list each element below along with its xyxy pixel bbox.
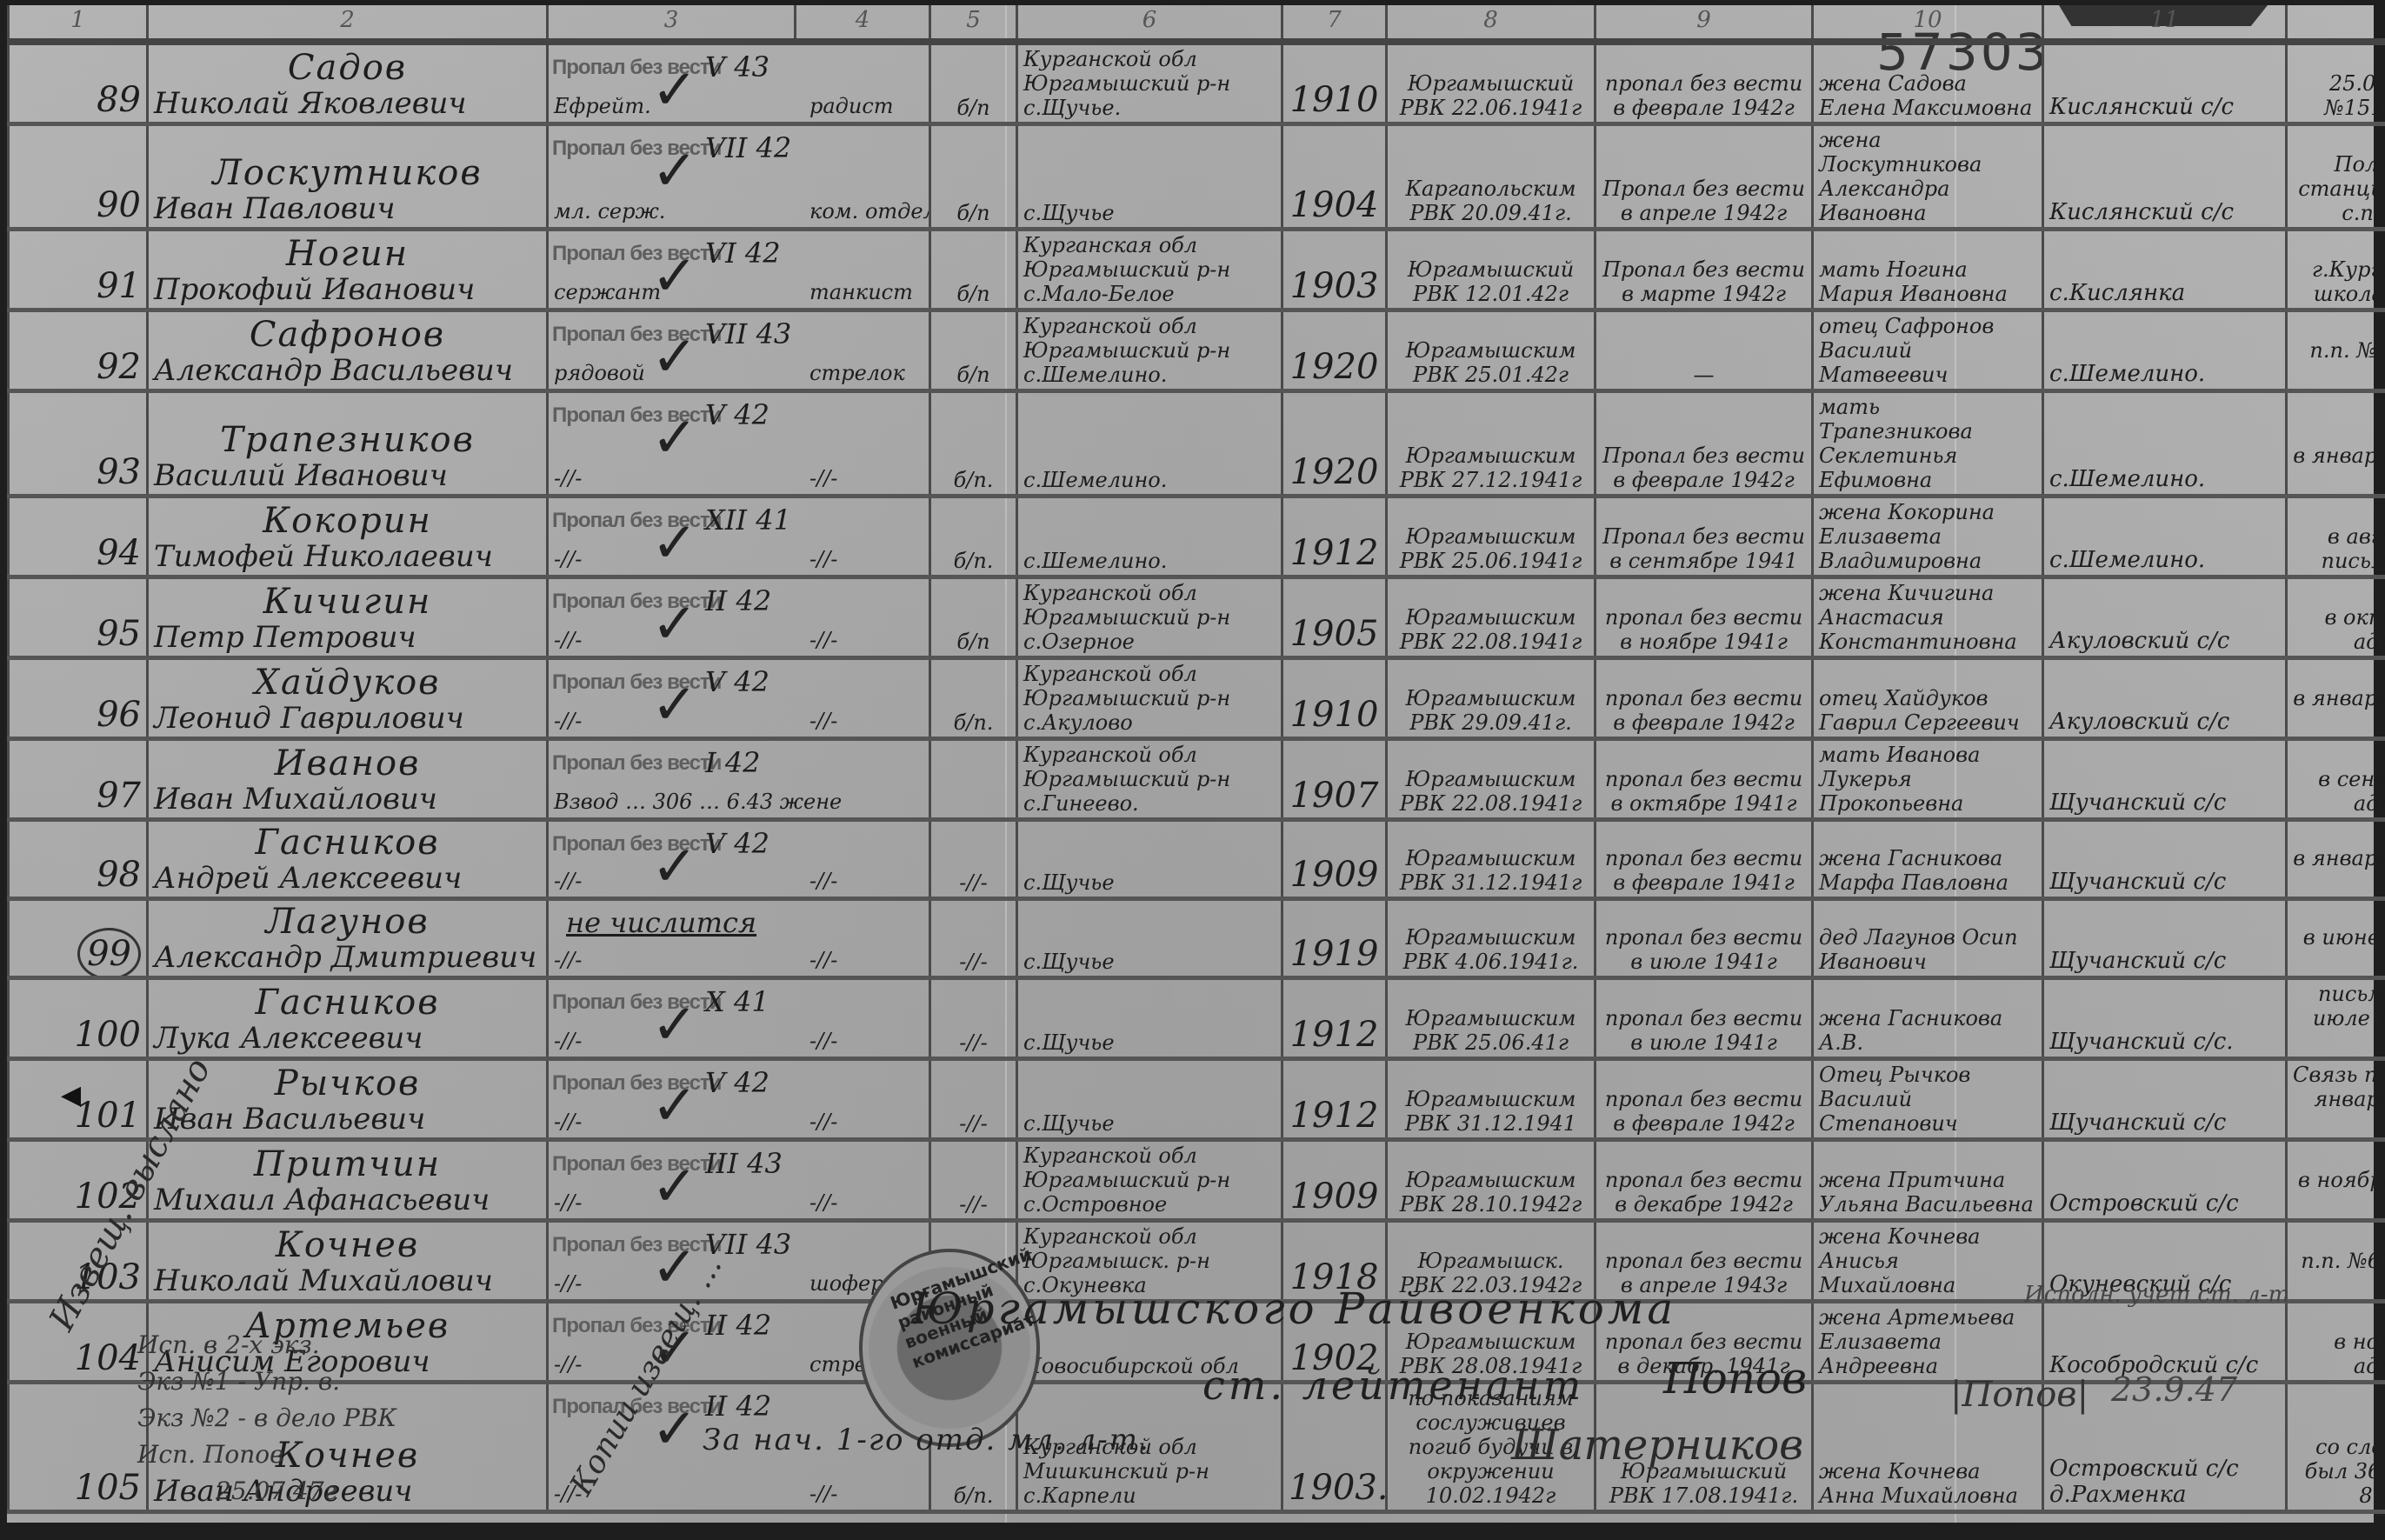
given-name: Тимофей Николаевич: [154, 540, 541, 573]
next-of-kin: мать Ногина Мария Ивановна: [1813, 230, 2043, 310]
position: -//-: [809, 948, 837, 972]
party-status: б/п: [930, 310, 1017, 391]
birthplace: с.Щучье: [1017, 820, 1282, 899]
fate: Пропал без вести в марте 1942г: [1596, 230, 1813, 310]
surname: Кичигин: [154, 583, 541, 621]
birthplace: Курганской обл Юргамышский р-н с.Островн…: [1017, 1140, 1282, 1221]
status-cell: не числится-//--//-: [548, 899, 930, 978]
col-header: 6: [1017, 5, 1282, 42]
full-name: ГасниковАндрей Алексеевич: [148, 820, 548, 899]
executor-line: Исп. в 2-х экз.: [137, 1327, 396, 1363]
enlisted-by: Юргамышским РВК 25.01.42г: [1387, 310, 1596, 391]
position: стрелок: [809, 361, 905, 385]
missing-stamp: Пропал без вести: [552, 751, 721, 776]
last-contact-notes: в октябре 1941г адреса нет: [2287, 577, 2385, 658]
last-contact-notes: в январе 1942г адреса нет: [2287, 658, 2385, 739]
surname: Лагунов: [154, 903, 541, 941]
table-row: 91НогинПрокофий ИвановичПропал без вести…: [9, 230, 2385, 310]
missing-date: VII 42: [705, 131, 791, 164]
fate: —: [1596, 310, 1813, 391]
birthplace: Курганской обл Юргамышский р-н с.Шемелин…: [1017, 310, 1282, 391]
rank: -//-: [554, 1352, 582, 1377]
next-of-kin: жена Кокорина Елизавета Владимировна: [1813, 497, 2043, 577]
resolution-note: Исполн. учет ст. л-т: [2024, 1279, 2289, 1310]
village-council: Щучанский с/с: [2043, 1059, 2287, 1140]
entry-number: 93: [9, 391, 148, 497]
table-row: 102ПритчинМихаил АфанасьевичПропал без в…: [9, 1140, 2385, 1221]
village-council: Кислянский с/с: [2043, 42, 2287, 124]
entry-number: 98: [9, 820, 148, 899]
surname: Кокорин: [154, 502, 541, 540]
surname: Притчин: [154, 1145, 541, 1183]
entry-number-text: 99: [77, 928, 141, 978]
office-title: Юргамышского Райвоенкома: [911, 1283, 1676, 1334]
executor-line: Экз №1 - Упр. в.: [137, 1363, 396, 1400]
full-name: ТрапезниковВасилий Иванович: [148, 391, 548, 497]
surname: Гасников: [154, 983, 541, 1022]
village-council: Щучанский с/с: [2043, 820, 2287, 899]
rank: -//-: [554, 1029, 582, 1053]
table-row: 92СафроновАлександр ВасильевичПропал без…: [9, 310, 2385, 391]
fate: пропал без вести в октябре 1941г: [1596, 739, 1813, 820]
entry-number-text: 93: [97, 452, 141, 492]
entry-number: 99: [9, 899, 148, 978]
birthplace: с.Шемелино.: [1017, 391, 1282, 497]
given-name: Михаил Афанасьевич: [154, 1183, 541, 1217]
full-name: ХайдуковЛеонид Гаврилович: [148, 658, 548, 739]
popov-name-stamp: |Попов|: [1950, 1375, 2089, 1415]
entry-number-text: 105: [75, 1468, 141, 1508]
entry-number: 91: [9, 230, 148, 310]
last-contact-notes: Связь прекратилась в январе 1942г. адр. …: [2287, 1059, 2385, 1140]
status-cell: Пропал без вестиXII 41-//--//-✓: [548, 497, 930, 577]
checkmark-icon: ✓: [651, 249, 698, 304]
executor-note: Исп. в 2-х экз. Экз №1 - Упр. в. Экз №2 …: [137, 1327, 396, 1510]
given-name: Иван Васильевич: [154, 1103, 541, 1136]
surname: Ногин: [154, 235, 541, 273]
status-cell: Пропал без вестиV 42-//--//-✓: [548, 1059, 930, 1140]
full-name: КокоринТимофей Николаевич: [148, 497, 548, 577]
entry-number-text: 94: [97, 533, 141, 573]
missing-date: I 42: [705, 746, 761, 779]
missing-date: V 43: [705, 50, 769, 83]
table-row: 100ГасниковЛука АлексеевичПропал без вес…: [9, 978, 2385, 1059]
full-name: СафроновАлександр Васильевич: [148, 310, 548, 391]
status-cell: Пропал без вестиI 42Взвод … 306 … 6.43 ж…: [548, 739, 930, 820]
village-council: Щучанский с/с: [2043, 739, 2287, 820]
missing-date: VII 43: [705, 317, 791, 350]
entry-number: 97: [9, 739, 148, 820]
full-name: ИвановИван Михайлович: [148, 739, 548, 820]
next-of-kin: отец Сафронов Василий Матвеевич: [1813, 310, 2043, 391]
village-council: с.Шемелино.: [2043, 310, 2287, 391]
given-name: Лука Алексеевич: [154, 1022, 541, 1055]
next-of-kin: жена Лоскутникова Александра Ивановна: [1813, 124, 2043, 230]
last-contact-notes: п.п. №36561 апрель 1943г: [2287, 310, 2385, 391]
birth-year: 1909: [1282, 1140, 1387, 1221]
birthplace: Курганской обл Юргамышский р-н с.Щучье.: [1017, 42, 1282, 124]
village-council: с.Шемелино.: [2043, 497, 2287, 577]
birth-year: 1920: [1282, 310, 1387, 391]
enlisted-by: Юргамышским РВК 27.12.1941г: [1387, 391, 1596, 497]
status-cell: Пропал без вестиVII 43рядовойстрелок✓: [548, 310, 930, 391]
rank: -//-: [554, 628, 582, 652]
birth-year: 1910: [1282, 42, 1387, 124]
executor-line: Исп. Попов: [137, 1437, 396, 1473]
annotation: не числится: [566, 906, 756, 939]
rank: -//-: [554, 1110, 582, 1134]
checkmark-icon: ✓: [651, 597, 698, 652]
village-council: Щучанский с/с: [2043, 899, 2287, 978]
checkmark-icon: ✓: [651, 143, 698, 199]
checkmark-icon: ✓: [651, 1159, 698, 1215]
next-of-kin: жена Артемьева Елизавета Андреевна: [1813, 1302, 2043, 1383]
enlisted-by: Юргамышским РВК 22.08.1941г: [1387, 739, 1596, 820]
full-name: НогинПрокофий Иванович: [148, 230, 548, 310]
position: -//-: [809, 869, 837, 893]
entry-number-text: 98: [97, 855, 141, 895]
entry-number-text: 104: [75, 1338, 141, 1378]
given-name: Андрей Алексеевич: [154, 862, 541, 895]
birthplace: с.Щучье: [1017, 978, 1282, 1059]
missing-date: V 42: [705, 398, 769, 431]
status-cell: Пропал без вестиV 43Ефрейт.радист✓: [548, 42, 930, 124]
party-status: -//-: [930, 820, 1017, 899]
enlisted-by: Юргамышский РВК 22.06.1941г: [1387, 42, 1596, 124]
party-status: б/п.: [930, 391, 1017, 497]
full-name: КичигинПетр Петрович: [148, 577, 548, 658]
entry-number: 95: [9, 577, 148, 658]
missing-date: III 43: [705, 1147, 783, 1180]
status-cell: Пропал без вестиV 42-//--//-✓: [548, 391, 930, 497]
next-of-kin: жена Кичигина Анастасия Константиновна: [1813, 577, 2043, 658]
rank: -//-: [554, 547, 582, 571]
col-header: 11: [2043, 5, 2287, 42]
status-cell: Пропал без вестиVI 42сержанттанкист✓: [548, 230, 930, 310]
missing-date: V 42: [705, 1066, 769, 1099]
checkmark-icon: ✓: [651, 410, 698, 466]
position: шофер: [809, 1271, 884, 1296]
party-status: б/п: [930, 230, 1017, 310]
position: -//-: [809, 1482, 837, 1506]
fate: Пропал без вести в сентябре 1941: [1596, 497, 1813, 577]
enlisted-by: Юргамышским РВК 31.12.1941г: [1387, 820, 1596, 899]
entry-number-text: 91: [97, 266, 141, 306]
position: танкист: [809, 280, 913, 304]
missing-date: VI 42: [705, 237, 781, 270]
surname: Садов: [154, 49, 541, 87]
last-contact-notes: со слов товарища был 367 с.д. 1217 сп 8.…: [2287, 1383, 2385, 1512]
given-name: Иван Павлович: [154, 192, 541, 225]
entry-number-text: 92: [97, 347, 141, 387]
surname: Иванов: [154, 744, 541, 783]
rank: -//-: [554, 948, 582, 972]
birthplace: с.Щучье: [1017, 124, 1282, 230]
enlisted-by: Юргамышским РВК 4.06.1941г.: [1387, 899, 1596, 978]
village-council: Акуловский с/с: [2043, 577, 2287, 658]
last-contact-notes: в июне 1941г адреса нет: [2287, 899, 2385, 978]
enlisted-by: Юргамышским РВК 29.09.41г.: [1387, 658, 1596, 739]
position: -//-: [809, 1029, 837, 1053]
checkmark-icon: ✓: [651, 516, 698, 571]
col-header: 7: [1282, 5, 1387, 42]
fate: пропал без вести в ноябре 1941г: [1596, 577, 1813, 658]
table-row: 89СадовНиколай ЯковлевичПропал без вести…: [9, 42, 2385, 124]
col-header: 8: [1387, 5, 1596, 42]
next-of-kin: мать Иванова Лукерья Прокопьевна: [1813, 739, 2043, 820]
status-cell: Пропал без вестиX 41-//--//-✓: [548, 978, 930, 1059]
birth-year: 1919: [1282, 899, 1387, 978]
party-status: -//-: [930, 1140, 1017, 1221]
last-contact-notes: в сентябре 1941г адреса нет: [2287, 739, 2385, 820]
col-header: 3: [548, 5, 796, 42]
missing-date: II 42: [705, 1309, 771, 1342]
missing-date: VII 43: [705, 1228, 791, 1261]
rank: -//-: [554, 1271, 582, 1296]
missing-date: II 42: [705, 1390, 771, 1423]
full-name: ПритчинМихаил Афанасьевич: [148, 1140, 548, 1221]
given-name: Леонид Гаврилович: [154, 702, 541, 735]
given-name: Василий Иванович: [154, 459, 541, 492]
entry-number-text: 100: [75, 1015, 141, 1055]
party-status: [930, 739, 1017, 820]
next-of-kin: жена Кочнева Анисья Михайловна: [1813, 1221, 2043, 1302]
full-name: СадовНиколай Яковлевич: [148, 42, 548, 124]
enlisted-by: Юргамышским РВК 22.08.1941г: [1387, 577, 1596, 658]
column-number-header: 1 2 3 4 5 6 7 8 9 10 11 12: [9, 5, 2385, 42]
fate: пропал без вести в июле 1941г: [1596, 899, 1813, 978]
document-sheet: 57303 1 2 3 4 5 6 7 8 9 10 11 12 89Садов…: [7, 5, 2374, 1523]
birth-year: 1903: [1282, 230, 1387, 310]
last-contact-notes: 25.01.1942г п.п. №1516 339 ОТЭР: [2287, 42, 2385, 124]
full-name: ЛоскутниковИван Павлович: [148, 124, 548, 230]
rank: сержант: [554, 280, 661, 304]
birthplace: с.Шемелино.: [1017, 497, 1282, 577]
arrow-mark: ◀: [61, 1080, 81, 1110]
given-name: Прокофий Иванович: [154, 273, 541, 306]
party-status: б/п: [930, 577, 1017, 658]
col-header: 4: [796, 5, 930, 42]
party-status: б/п: [930, 42, 1017, 124]
fate: пропал без вести в июле 1941г: [1596, 978, 1813, 1059]
next-of-kin: жена Гасникова Марфа Павловна: [1813, 820, 2043, 899]
missing-date: XII 41: [705, 503, 791, 537]
enlisted-by: Юргамышским РВК 25.06.1941г: [1387, 497, 1596, 577]
party-status: б/п.: [930, 658, 1017, 739]
table-row: 97ИвановИван МихайловичПропал без вестиI…: [9, 739, 2385, 820]
status-cell: Пропал без вестиIII 43-//--//-✓: [548, 1140, 930, 1221]
surname: Хайдуков: [154, 663, 541, 702]
col-header: 9: [1596, 5, 1813, 42]
position: -//-: [809, 1110, 837, 1134]
table-row: 93ТрапезниковВасилий ИвановичПропал без …: [9, 391, 2385, 497]
executor-line: 25.07.47г: [137, 1473, 396, 1510]
col-header: 1: [9, 5, 148, 42]
rank: -//-: [554, 466, 582, 490]
entry-number-text: 90: [97, 185, 141, 225]
enlisted-by: Юргамышский РВК 12.01.42г: [1387, 230, 1596, 310]
missing-date: V 42: [705, 665, 769, 698]
fate: Пропал без вести в апреле 1942г: [1596, 124, 1813, 230]
full-name: ГасниковЛука Алексеевич: [148, 978, 548, 1059]
surname: Лоскутников: [154, 154, 541, 192]
col-header: 10: [1813, 5, 2043, 42]
surname: Гасников: [154, 823, 541, 862]
next-of-kin: жена Притчина Ульяна Васильевна: [1813, 1140, 2043, 1221]
table-row: 96ХайдуковЛеонид ГавриловичПропал без ве…: [9, 658, 2385, 739]
status-cell: Пропал без вестиV 42-//--//-✓: [548, 820, 930, 899]
party-status: -//-: [930, 899, 1017, 978]
given-name: Александр Дмитриевич: [154, 941, 541, 974]
next-of-kin: дед Лагунов Осип Иванович: [1813, 899, 2043, 978]
given-name: Петр Петрович: [154, 621, 541, 654]
birth-year: 1912: [1282, 497, 1387, 577]
entry-number: 105: [9, 1383, 148, 1512]
col-header: 2: [148, 5, 548, 42]
rank: -//-: [554, 869, 582, 893]
next-of-kin: отец Хайдуков Гаврил Сергеевич: [1813, 658, 2043, 739]
missing-date: V 42: [705, 827, 769, 860]
official-seal: Юргамышский районный военный комиссариат: [859, 1249, 1040, 1447]
col-header: 5: [930, 5, 1017, 42]
table-row: 90ЛоскутниковИван ПавловичПропал без вес…: [9, 124, 2385, 230]
birth-year: 1907: [1282, 739, 1387, 820]
status-cell: Пропал без вестиVII 43-//-шофер✓: [548, 1221, 930, 1302]
resolution-date: 23.9.47: [2111, 1370, 2237, 1409]
entry-number: 92: [9, 310, 148, 391]
status-cell: Пропал без вестиV 42-//--//-✓: [548, 658, 930, 739]
entry-number-text: 101: [75, 1096, 141, 1136]
entry-number-text: 95: [97, 614, 141, 654]
deputy-line: За нач. 1-го отд. мл. л-т.: [703, 1423, 1150, 1457]
village-council: Акуловский с/с: [2043, 658, 2287, 739]
enlisted-by: Юргамышским РВК 28.10.1942г: [1387, 1140, 1596, 1221]
entry-number: 90: [9, 124, 148, 230]
full-name: ЛагуновАлександр Дмитриевич: [148, 899, 548, 978]
next-of-kin: жена Гасникова А.В.: [1813, 978, 2043, 1059]
entry-number-text: 97: [97, 776, 141, 816]
entry-number: 94: [9, 497, 148, 577]
next-of-kin: жена Садова Елена Максимовна: [1813, 42, 2043, 124]
executor-line: Экз №2 - в дело РВК: [137, 1400, 396, 1437]
position: -//-: [809, 547, 837, 571]
village-council: с.Кислянка: [2043, 230, 2287, 310]
village-council: Щучанский с/с.: [2043, 978, 2287, 1059]
village-council: Кислянский с/с: [2043, 124, 2287, 230]
entry-number: 96: [9, 658, 148, 739]
last-contact-notes: г.Курган танковая школа февр. 1942г: [2287, 230, 2385, 310]
birth-year: 1910: [1282, 658, 1387, 739]
enlisted-by: Каргапольским РВК 20.09.41г.: [1387, 124, 1596, 230]
entry-number: 89: [9, 42, 148, 124]
checkmark-icon: ✓: [651, 1402, 698, 1457]
table-row: 101РычковИван ВасильевичПропал без вести…: [9, 1059, 2385, 1140]
party-status: б/п.: [930, 497, 1017, 577]
status-cell: Пропал без вестиII 42-//--//-✓: [548, 577, 930, 658]
col-header: 12: [2287, 5, 2385, 42]
birth-year: 1904: [1282, 124, 1387, 230]
birth-year: 1909: [1282, 820, 1387, 899]
position: -//-: [809, 466, 837, 490]
rank: мл. серж.: [554, 199, 665, 223]
next-of-kin: Отец Рычков Василий Степанович: [1813, 1059, 2043, 1140]
birthplace: Курганская обл Юргамышский р-н с.Мало-Бе…: [1017, 230, 1282, 310]
position: радист: [809, 94, 894, 118]
rank: рядовой: [554, 361, 645, 385]
surname: Трапезников: [154, 421, 541, 459]
given-name: Николай Михайлович: [154, 1264, 541, 1297]
birthplace: с.Щучье: [1017, 1059, 1282, 1140]
fate: пропал без вести в феврале 1942г: [1596, 658, 1813, 739]
full-name: КочневНиколай Михайлович: [148, 1221, 548, 1302]
village-council: Островский с/с: [2043, 1140, 2287, 1221]
popov-stamp-text: Попов: [1962, 1375, 2076, 1415]
rank: -//-: [554, 709, 582, 733]
fate: Пропал без вести в феврале 1942г: [1596, 391, 1813, 497]
overwrite-note: Взвод … 306 … 6.43 жене: [554, 790, 842, 814]
surname: Сафронов: [154, 316, 541, 354]
entry-number-text: 89: [97, 80, 141, 120]
party-status: -//-: [930, 1059, 1017, 1140]
checkmark-icon: ✓: [651, 63, 698, 118]
last-contact-notes: письмо с дороги в июле 1941г адреса нет: [2287, 978, 2385, 1059]
given-name: Александр Васильевич: [154, 354, 541, 387]
last-contact-notes: в ноябре 1941г адреса нет: [2287, 1302, 2385, 1383]
checkmark-icon: ✓: [651, 677, 698, 733]
position: ком. отделения: [809, 199, 930, 223]
surname: Кочнев: [154, 1226, 541, 1264]
birth-year: 1905: [1282, 577, 1387, 658]
position: -//-: [809, 628, 837, 652]
last-contact-notes: в августе 1941г письмо с фронта: [2287, 497, 2385, 577]
party-status: б/п: [930, 124, 1017, 230]
birth-year: 1912: [1282, 1059, 1387, 1140]
checkmark-icon: ✓: [651, 839, 698, 895]
last-contact-notes: в ноябре 1942 адреса нет: [2287, 1140, 2385, 1221]
officer-rank: ст. лейтенант: [1202, 1362, 1584, 1409]
position: -//-: [809, 1190, 837, 1215]
last-contact-notes: в январе 1942г адреса нет: [2287, 820, 2385, 899]
rank: -//-: [554, 1190, 582, 1215]
enlisted-by: Юргамышским РВК 25.06.41г: [1387, 978, 1596, 1059]
birthplace: с.Щучье: [1017, 899, 1282, 978]
last-contact-notes: п.п. №63037 в марте 1943г: [2287, 1221, 2385, 1302]
last-contact-notes: в январе 1942г адреса нет: [2287, 391, 2385, 497]
deputy-signature: Шатерников: [1511, 1421, 1803, 1470]
entry-number-text: 96: [97, 695, 141, 735]
birthplace: Курганской обл Юргамышский р-н с.Озерное: [1017, 577, 1282, 658]
table-row: 98ГасниковАндрей АлексеевичПропал без ве…: [9, 820, 2385, 899]
table-row: 95КичигинПетр ПетровичПропал без вестиII…: [9, 577, 2385, 658]
fate: пропал без вести в феврале 1942г: [1596, 1059, 1813, 1140]
given-name: Николай Яковлевич: [154, 87, 541, 120]
party-status: -//-: [930, 978, 1017, 1059]
enlisted-by: Юргамышским РВК 31.12.1941: [1387, 1059, 1596, 1140]
next-of-kin: мать Трапезникова Секлетинья Ефимовна: [1813, 391, 2043, 497]
table-row: 99ЛагуновАлександр Дмитриевичне числится…: [9, 899, 2385, 978]
birth-year: 1912: [1282, 978, 1387, 1059]
village-council: с.Шемелино.: [2043, 391, 2287, 497]
officer-signature: Попов: [1663, 1353, 1807, 1403]
checkmark-icon: ✓: [651, 330, 698, 385]
fate: пропал без вести в декабре 1942г: [1596, 1140, 1813, 1221]
rank: Ефрейт.: [554, 94, 651, 118]
missing-date: II 42: [705, 584, 771, 617]
position: -//-: [809, 709, 837, 733]
status-cell: Пропал без вестиVII 42мл. серж.ком. отде…: [548, 124, 930, 230]
missing-date: X 41: [705, 985, 769, 1018]
last-contact-notes: Полевая почт. станция №1440 1225 с.п. ма…: [2287, 124, 2385, 230]
